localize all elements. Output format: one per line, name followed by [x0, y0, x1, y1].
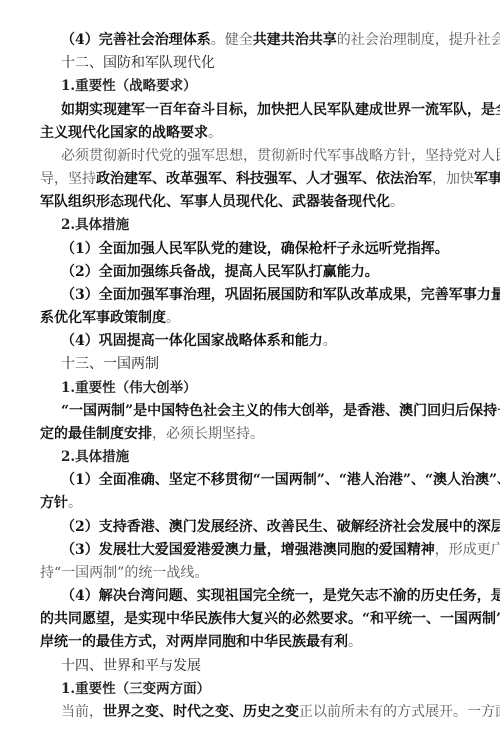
bold-text-run: （2）全面加强练兵备战，提高人民军队打赢能力。	[61, 264, 379, 280]
bold-text-run: 政治建军、改革强军、科技强军、人才强军、依法治军	[96, 171, 432, 187]
bold-text-run: “一国两制”是中国特色社会主义的伟大创举，是香港、澳门回归后保持长期繁荣稳	[61, 403, 500, 419]
heading-text: 十四、世界和平与发展	[61, 658, 201, 674]
text-run: 的社会治理制度，提升社会治理效能。	[337, 32, 500, 48]
paragraph-line: 导，坚持政治建军、改革强军、科技强军、人才强军、依法治军，加快军事理论现代化、	[40, 169, 500, 189]
bold-text-run: （2）支持香港、澳门发展经济、改善民生、破解经济社会发展中的深层次矛盾和问题	[61, 519, 500, 535]
subsection-heading: 1.重要性（三变两方面）	[61, 679, 210, 699]
text-run: 导，坚持	[40, 171, 96, 187]
list-item-continuation: 系优化军事政策制度。	[40, 308, 180, 328]
text-run: ，必须长期坚持。	[152, 426, 264, 442]
list-item: （1）全面准确、坚定不移贯彻“一国两制”、“港人治港”、“澳人治澳”、高度自治的	[61, 470, 500, 490]
list-item-continuation: 持“一国两制”的统一战线。	[40, 563, 208, 583]
subsection-heading: 2.具体措施	[61, 215, 129, 235]
paragraph-line: 当前，世界之变、时代之变、历史之变正以前所未有的方式展开。一方面，和平、发	[61, 702, 500, 722]
bold-text-run: 军事理论现代化、	[474, 171, 500, 187]
list-item: （2）全面加强练兵备战，提高人民军队打赢能力。	[61, 262, 379, 282]
text-run: 。	[68, 495, 82, 511]
paragraph-line: 军队组织形态现代化、军事人员现代化、武器装备现代化。	[40, 192, 404, 212]
bold-text-run: 岸统一的最佳方式，对两岸同胞和中华民族最有利	[40, 634, 348, 650]
bold-text-run: （1）全面准确、坚定不移贯彻“一国两制”、“港人治港”、“澳人治澳”、高度自治的	[61, 472, 500, 488]
bold-text-run: 的共同愿望，是实现中华民族伟大复兴的必然要求。“和平统一、一国两制”方针是实现两	[40, 611, 500, 627]
paragraph-line: 如期实现建军一百年奋斗目标，加快把人民军队建成世界一流军队，是全面建设社会	[61, 100, 500, 120]
heading-text: 2.具体措施	[61, 217, 129, 233]
bold-text-run: （4）巩固提高一体化国家战略体系和能力	[61, 333, 323, 349]
text-run: 正以前所未有的方式展开。一方面，	[299, 704, 500, 720]
subsection-heading: 1.重要性（战略要求）	[61, 76, 197, 96]
bold-text-run: （3）全面加强军事治理，巩固拓展国防和军队改革成果，完善军事力量结构编成，体	[61, 287, 500, 303]
text-run: 。	[390, 194, 404, 210]
paragraph-line: “一国两制”是中国特色社会主义的伟大创举，是香港、澳门回归后保持长期繁荣稳	[61, 401, 500, 421]
heading-text: 十三、一国两制	[61, 356, 159, 372]
list-item: （3）发展壮大爱国爱港爱澳力量，增强港澳同胞的爱国精神，形成更广泛的国内外支	[61, 540, 500, 560]
text-run: 持“一国两制”的统一战线。	[40, 565, 208, 581]
text-run: 。	[166, 310, 180, 326]
section-heading: 十三、一国两制	[61, 354, 159, 374]
bold-text-run: 世界之变、时代之变、历史之变	[103, 704, 299, 720]
list-item-continuation: 的共同愿望，是实现中华民族伟大复兴的必然要求。“和平统一、一国两制”方针是实现两	[40, 609, 500, 629]
bold-text-run: 军队组织形态现代化、军事人员现代化、武器装备现代化	[40, 194, 390, 210]
paragraph-line: （4）完善社会治理体系。健全共建共治共享的社会治理制度，提升社会治理效能。	[61, 30, 500, 50]
list-item: （2）支持香港、澳门发展经济、改善民生、破解经济社会发展中的深层次矛盾和问题。	[61, 517, 500, 537]
list-item: （1）全面加强人民军队党的建设，确保枪杆子永远听党指挥。	[61, 239, 449, 259]
paragraph-line: 必须贯彻新时代党的强军思想，贯彻新时代军事战略方针，坚持党对人民军队的绝对领	[61, 146, 500, 166]
paragraph-line: 定的最佳制度安排，必须长期坚持。	[40, 424, 264, 444]
section-heading: 十四、世界和平与发展	[61, 656, 201, 676]
bold-text-run: 方针	[40, 495, 68, 511]
list-item: （4）巩固提高一体化国家战略体系和能力。	[61, 331, 337, 351]
section-heading: 十二、国防和军队现代化	[61, 53, 215, 73]
bold-text-run: 定的最佳制度安排	[40, 426, 152, 442]
text-run: ，加快	[432, 171, 474, 187]
bold-text-run: 系优化军事政策制度	[40, 310, 166, 326]
heading-text: 1.重要性（伟大创举）	[61, 380, 197, 396]
subsection-heading: 1.重要性（伟大创举）	[61, 378, 197, 398]
bold-text-run: 主义现代化国家的战略要求	[40, 125, 208, 141]
list-item-continuation: 岸统一的最佳方式，对两岸同胞和中华民族最有利。	[40, 632, 362, 652]
heading-text: 十二、国防和军队现代化	[61, 55, 215, 71]
text-run: 。	[208, 125, 222, 141]
text-run: 。健全	[211, 32, 253, 48]
list-item: （3）全面加强军事治理，巩固拓展国防和军队改革成果，完善军事力量结构编成，体	[61, 285, 500, 305]
text-run: 。	[323, 333, 337, 349]
bold-text-run: （4）解决台湾问题、实现祖国完全统一，是党矢志不渝的历史任务，是全体中华儿女	[61, 588, 500, 604]
subsection-heading: 2.具体措施	[61, 447, 129, 467]
text-run: 。	[348, 634, 362, 650]
paragraph-line: 主义现代化国家的战略要求。	[40, 123, 222, 143]
text-run: 必须贯彻新时代党的强军思想，贯彻新时代军事战略方针，坚持党对人民军队的绝对领	[61, 148, 500, 164]
list-item: （4）解决台湾问题、实现祖国完全统一，是党矢志不渝的历史任务，是全体中华儿女	[61, 586, 500, 606]
bold-text-run: 如期实现建军一百年奋斗目标，加快把人民军队建成世界一流军队，是全面建设社会	[61, 102, 500, 118]
bold-text-run: （1）全面加强人民军队党的建设，确保枪杆子永远听党指挥。	[61, 241, 449, 257]
text-run: ，形成更广泛的国内外支	[435, 542, 500, 558]
heading-text: 1.重要性（战略要求）	[61, 78, 197, 94]
bold-text-run: （3）发展壮大爱国爱港爱澳力量，增强港澳同胞的爱国精神	[61, 542, 435, 558]
bold-text-run: （4）完善社会治理体系	[61, 32, 211, 48]
text-run: 当前，	[61, 704, 103, 720]
bold-text-run: 共建共治共享	[253, 32, 337, 48]
heading-text: 2.具体措施	[61, 449, 129, 465]
heading-text: 1.重要性（三变两方面）	[61, 681, 210, 697]
list-item-continuation: 方针。	[40, 493, 82, 513]
